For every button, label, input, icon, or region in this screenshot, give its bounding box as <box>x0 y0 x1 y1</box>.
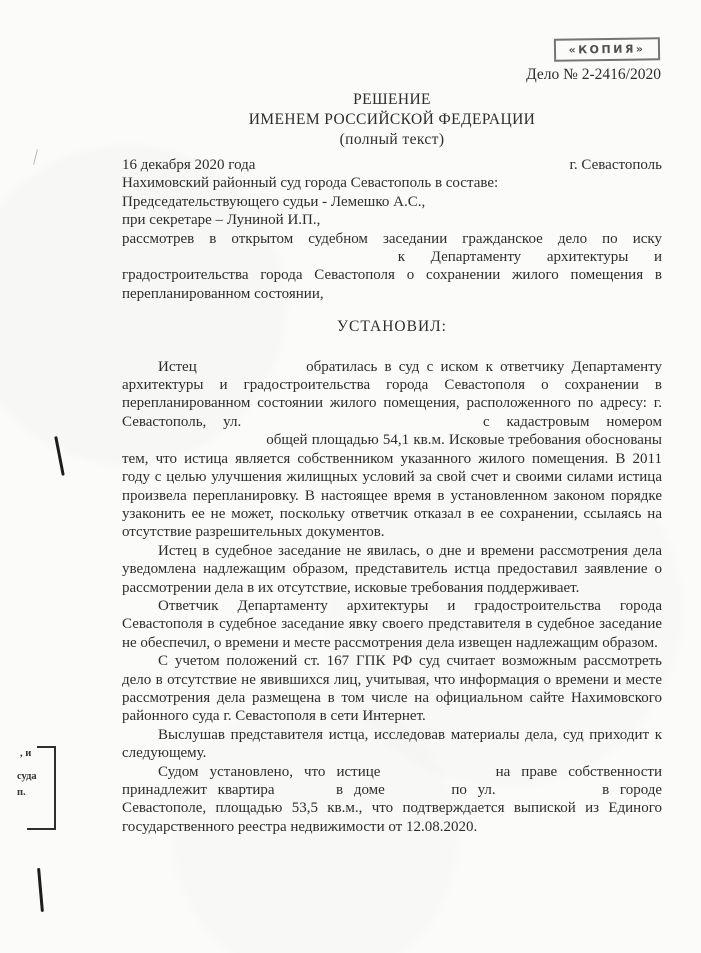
margin-bracket-tick <box>27 828 56 830</box>
pen-stroke-mark <box>37 868 43 912</box>
document-body: 16 декабря 2020 года г. Севастополь Нахи… <box>122 156 662 836</box>
title-line-federation: ИМЕНЕМ РОССИЙСКОЙ ФЕДЕРАЦИИ <box>122 110 662 130</box>
claim-paragraph: Истец обратилась в суд с иском к ответчи… <box>122 358 662 542</box>
case-intro-paragraph: рассмотрев в открытом судебном заседании… <box>122 230 662 304</box>
presiding-judge-line: Председательствующего судьи - Лемешко А.… <box>122 193 662 211</box>
margin-bracket-line <box>54 746 56 830</box>
redacted-gap <box>122 260 372 261</box>
margin-note-fragment: , и <box>20 748 31 759</box>
redacted-gap <box>204 370 299 371</box>
ownership-findings-paragraph: Судом установлено, что истице на праве с… <box>122 763 662 837</box>
redacted-gap <box>258 425 466 426</box>
dateline: 16 декабря 2020 года г. Севастополь <box>122 156 662 174</box>
margin-note-fragment: суда <box>17 771 37 782</box>
title-line-decision: РЕШЕНИЕ <box>122 90 662 110</box>
redacted-gap <box>506 793 591 794</box>
margin-note-fragment: п. <box>17 787 26 798</box>
redacted-gap <box>122 443 262 444</box>
secretary-line: при секретаре – Луниной И.П., <box>122 211 662 229</box>
copy-stamp-label: «КОПИЯ» <box>568 42 645 56</box>
redacted-gap <box>392 775 485 776</box>
pen-stroke-mark <box>54 436 64 476</box>
scanned-court-decision-page: «КОПИЯ» Дело № 2-2416/2020 РЕШЕНИЕ ИМЕНЕ… <box>0 0 701 953</box>
defendant-absence-paragraph: Ответчик Департаменту архитектуры и град… <box>122 597 662 652</box>
margin-bracket-tick <box>37 746 56 748</box>
case-number: Дело № 2-2416/2020 <box>122 66 661 84</box>
court-composition-line: Нахимовский районный суд города Севастоп… <box>122 174 662 192</box>
decision-city: г. Севастополь <box>569 156 662 174</box>
redacted-gap <box>285 793 325 794</box>
redacted-gap <box>396 793 441 794</box>
faint-scan-mark <box>33 149 38 165</box>
title-line-fulltext: (полный текст) <box>122 130 662 150</box>
decision-date: 16 декабря 2020 года <box>122 156 255 174</box>
article-167-paragraph: С учетом положений ст. 167 ГПК РФ суд сч… <box>122 652 662 726</box>
document-title: РЕШЕНИЕ ИМЕНЕМ РОССИЙСКОЙ ФЕДЕРАЦИИ (пол… <box>122 90 662 150</box>
section-heading-ustanovil: УСТАНОВИЛ: <box>122 318 662 336</box>
copy-stamp: «КОПИЯ» <box>554 37 660 61</box>
court-conclusion-intro-paragraph: Выслушав представителя истца, исследовав… <box>122 726 662 763</box>
plaintiff-absence-paragraph: Истец в судебное заседание не явилась, о… <box>122 542 662 597</box>
